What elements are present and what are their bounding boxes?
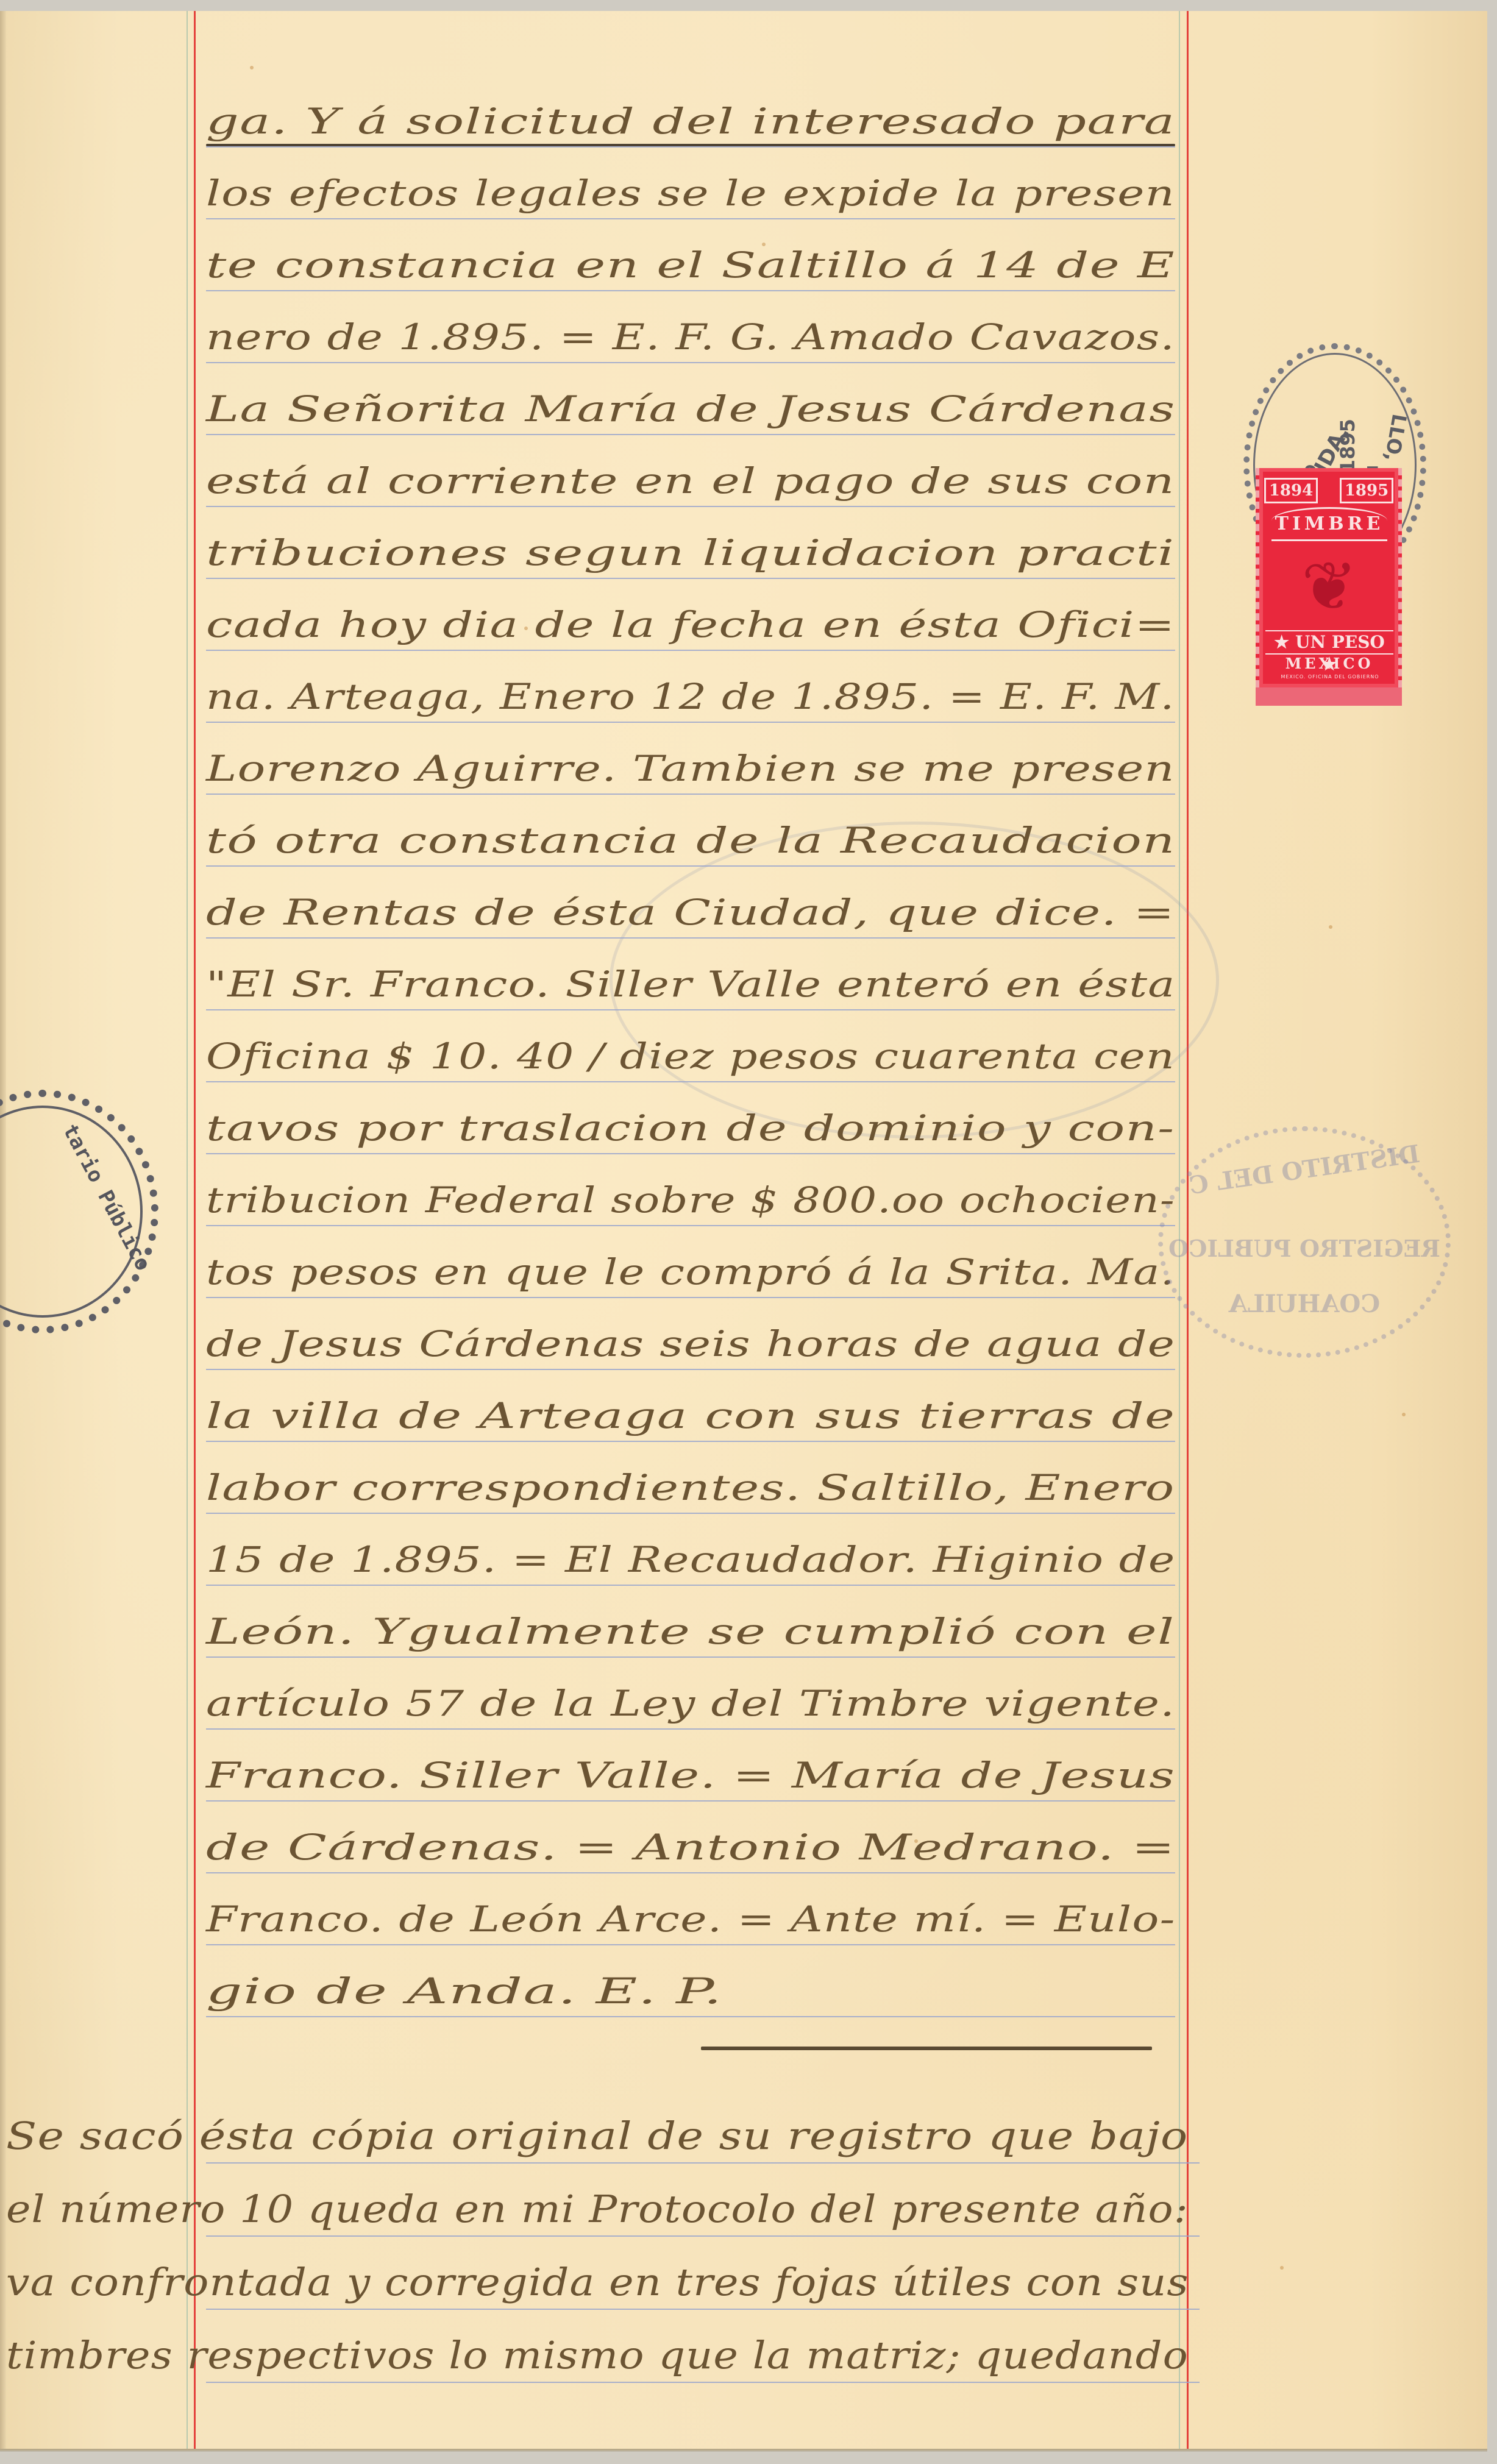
stamp-title: TIMBRE <box>1271 507 1387 541</box>
manuscript-line: na. Arteaga, Enero 12 de 1.895. = E. F. … <box>206 663 1175 730</box>
manuscript-line: tribucion Federal sobre $ 800.oo ochocie… <box>206 1166 1175 1234</box>
stamp-year-right: 1895 <box>1340 478 1393 503</box>
manuscript-line-text: tos pesos en que le compró á la Srita. M… <box>206 1238 1175 1305</box>
stamp-country: MEXICO <box>1265 653 1393 676</box>
closing-manuscript-line: el número 10 queda en mi Protocolo del p… <box>6 2176 1189 2243</box>
manuscript-line: está al corriente en el pago de sus con <box>206 447 1175 514</box>
manuscript-line-text: tavos por traslacion de dominio y con- <box>206 1095 1175 1162</box>
stamp-stub <box>1256 687 1402 706</box>
manuscript-line: tribuciones segun liquidacion practi <box>206 519 1175 586</box>
manuscript-line-text: de Rentas de ésta Ciudad, que dice. = <box>206 879 1175 946</box>
manuscript-line-text: gio de Anda. E. P. <box>206 1958 722 2025</box>
manuscript-line: de Jesus Cárdenas seis horas de agua de <box>206 1310 1175 1377</box>
left-margin-guide-line <box>187 11 188 2449</box>
manuscript-line: los efectos legales se le expide la pres… <box>206 160 1175 227</box>
closing-manuscript-line-text: Se sacó ésta cópia original de su regist… <box>6 2103 1188 2170</box>
manuscript-line: tos pesos en que le compró á la Srita. M… <box>206 1238 1175 1305</box>
manuscript-line-text: Oficina $ 10. 40 / diez pesos cuarenta c… <box>206 1023 1175 1090</box>
closing-manuscript-line-text: timbres respectivos lo mismo que la matr… <box>6 2322 1189 2389</box>
manuscript-line-text: de Jesus Cárdenas seis horas de agua de <box>206 1310 1175 1377</box>
manuscript-line-text: na. Arteaga, Enero 12 de 1.895. = E. F. … <box>206 663 1175 730</box>
manuscript-line-text: los efectos legales se le expide la pres… <box>206 160 1175 227</box>
manuscript-line-text: labor correspondientes. Saltillo, Enero <box>206 1454 1175 1521</box>
manuscript-line: León. Ygualmente se cumplió con el <box>206 1598 1175 1665</box>
manuscript-line-text: te constancia en el Saltillo á 14 de E <box>206 232 1175 299</box>
closing-manuscript-line-text: el número 10 queda en mi Protocolo del p… <box>6 2176 1189 2243</box>
first-line-ink-rule <box>206 144 1175 146</box>
manuscript-line-text: nero de 1.895. = E. F. G. Amado Cavazos. <box>206 304 1175 371</box>
registro-publico-bleed-stamp: DISTRITO DEL C REGISTRO PUBLICO COAHUILA <box>1158 1126 1451 1358</box>
manuscript-line-text: 15 de 1.895. = El Recaudador. Higinio de <box>206 1526 1175 1593</box>
paper-speck <box>1280 2266 1284 2270</box>
closing-manuscript-line-text: va confrontada y corregida en tres fojas… <box>6 2249 1189 2316</box>
manuscript-line-text: tó otra constancia de la Recaudacion <box>206 807 1175 874</box>
manuscript-line: nero de 1.895. = E. F. G. Amado Cavazos. <box>206 304 1175 371</box>
manuscript-line: de Cárdenas. = Antonio Medrano. = <box>206 1814 1175 1881</box>
manuscript-line-text: la villa de Arteaga con sus tierras de <box>206 1382 1175 1449</box>
manuscript-line: gio de Anda. E. P. <box>206 1958 1175 2025</box>
manuscript-line-text: Franco. de León Arce. = Ante mí. = Eulo- <box>206 1886 1176 1953</box>
paper-speck <box>250 66 254 69</box>
manuscript-line: Oficina $ 10. 40 / diez pesos cuarenta c… <box>206 1023 1175 1090</box>
manuscript-line-text: León. Ygualmente se cumplió con el <box>206 1598 1175 1665</box>
stamp-value: ★ UN PESO ★ <box>1265 630 1393 653</box>
manuscript-line-text: de Cárdenas. = Antonio Medrano. = <box>206 1814 1175 1881</box>
bleed-stamp-line-3: COAHUILA <box>1163 1290 1446 1318</box>
paper-speck <box>1402 1413 1406 1416</box>
manuscript-line-text: cada hoy dia de la fecha en ésta Ofici= <box>206 591 1175 658</box>
paper-speck <box>427 1626 430 1630</box>
manuscript-line: "El Sr. Franco. Siller Valle enteró en é… <box>206 951 1175 1018</box>
manuscript-line: tavos por traslacion de dominio y con- <box>206 1095 1175 1162</box>
bleed-stamp-line-2: REGISTRO PUBLICO <box>1163 1235 1446 1262</box>
manuscript-line-text: artículo 57 de la Ley del Timbre vigente… <box>206 1670 1175 1737</box>
manuscript-line: artículo 57 de la Ley del Timbre vigente… <box>206 1670 1175 1737</box>
stamp-value-text: UN PESO <box>1295 632 1385 652</box>
bleed-stamp-line-1: DISTRITO DEL C <box>1162 1136 1446 1204</box>
left-margin-red-line <box>194 11 196 2449</box>
paper-speck <box>914 1839 918 1843</box>
star-icon: ★ <box>1274 632 1289 652</box>
manuscript-line-text: Lorenzo Aguirre. Tambien se me presen <box>206 735 1175 802</box>
manuscript-line: cada hoy dia de la fecha en ésta Ofici= <box>206 591 1175 658</box>
mexican-eagle-icon: ❦ <box>1284 544 1375 629</box>
manuscript-line-text: tribucion Federal sobre $ 800.oo ochocie… <box>206 1166 1175 1234</box>
closing-manuscript-line: timbres respectivos lo mismo que la matr… <box>6 2322 1189 2389</box>
manuscript-line: Lorenzo Aguirre. Tambien se me presen <box>206 735 1175 802</box>
manuscript-line-text: Franco. Siller Valle. = María de Jesus <box>206 1742 1175 1809</box>
manuscript-line: te constancia en el Saltillo á 14 de E <box>206 232 1175 299</box>
stamp-printer: MEXICO. OFICINA DEL GOBIERNO <box>1263 674 1397 680</box>
manuscript-line: Franco. de León Arce. = Ante mí. = Eulo- <box>206 1886 1175 1953</box>
manuscript-line-text: "El Sr. Franco. Siller Valle enteró en é… <box>206 951 1176 1018</box>
stamp-year-left: 1894 <box>1264 478 1318 503</box>
paper-speck <box>762 243 766 246</box>
manuscript-line: la villa de Arteaga con sus tierras de <box>206 1382 1175 1449</box>
manuscript-line-text: está al corriente en el pago de sus con <box>206 447 1175 514</box>
manuscript-line: de Rentas de ésta Ciudad, que dice. = <box>206 879 1175 946</box>
closing-manuscript-line: Se sacó ésta cópia original de su regist… <box>6 2103 1189 2170</box>
closing-ink-rule <box>701 2047 1152 2050</box>
paper-speck <box>524 627 528 630</box>
manuscript-line: Franco. Siller Valle. = María de Jesus <box>206 1742 1175 1809</box>
revenue-stamp-un-peso: 1894 1895 TIMBRE ❦ ★ UN PESO ★ MEXICO ME… <box>1256 468 1402 687</box>
manuscript-line-text: tribuciones segun liquidacion practi <box>206 519 1175 586</box>
document-page: ga. Y á solicitud del interesado paralos… <box>0 11 1487 2451</box>
manuscript-line: La Señorita María de Jesus Cárdenas <box>206 375 1175 442</box>
manuscript-line: tó otra constancia de la Recaudacion <box>206 807 1175 874</box>
closing-manuscript-line: va confrontada y corregida en tres fojas… <box>6 2249 1189 2316</box>
manuscript-line: 15 de 1.895. = El Recaudador. Higinio de <box>206 1526 1175 1593</box>
manuscript-line-text: La Señorita María de Jesus Cárdenas <box>206 375 1175 442</box>
paper-speck <box>1329 925 1332 929</box>
manuscript-line: labor correspondientes. Saltillo, Enero <box>206 1454 1175 1521</box>
